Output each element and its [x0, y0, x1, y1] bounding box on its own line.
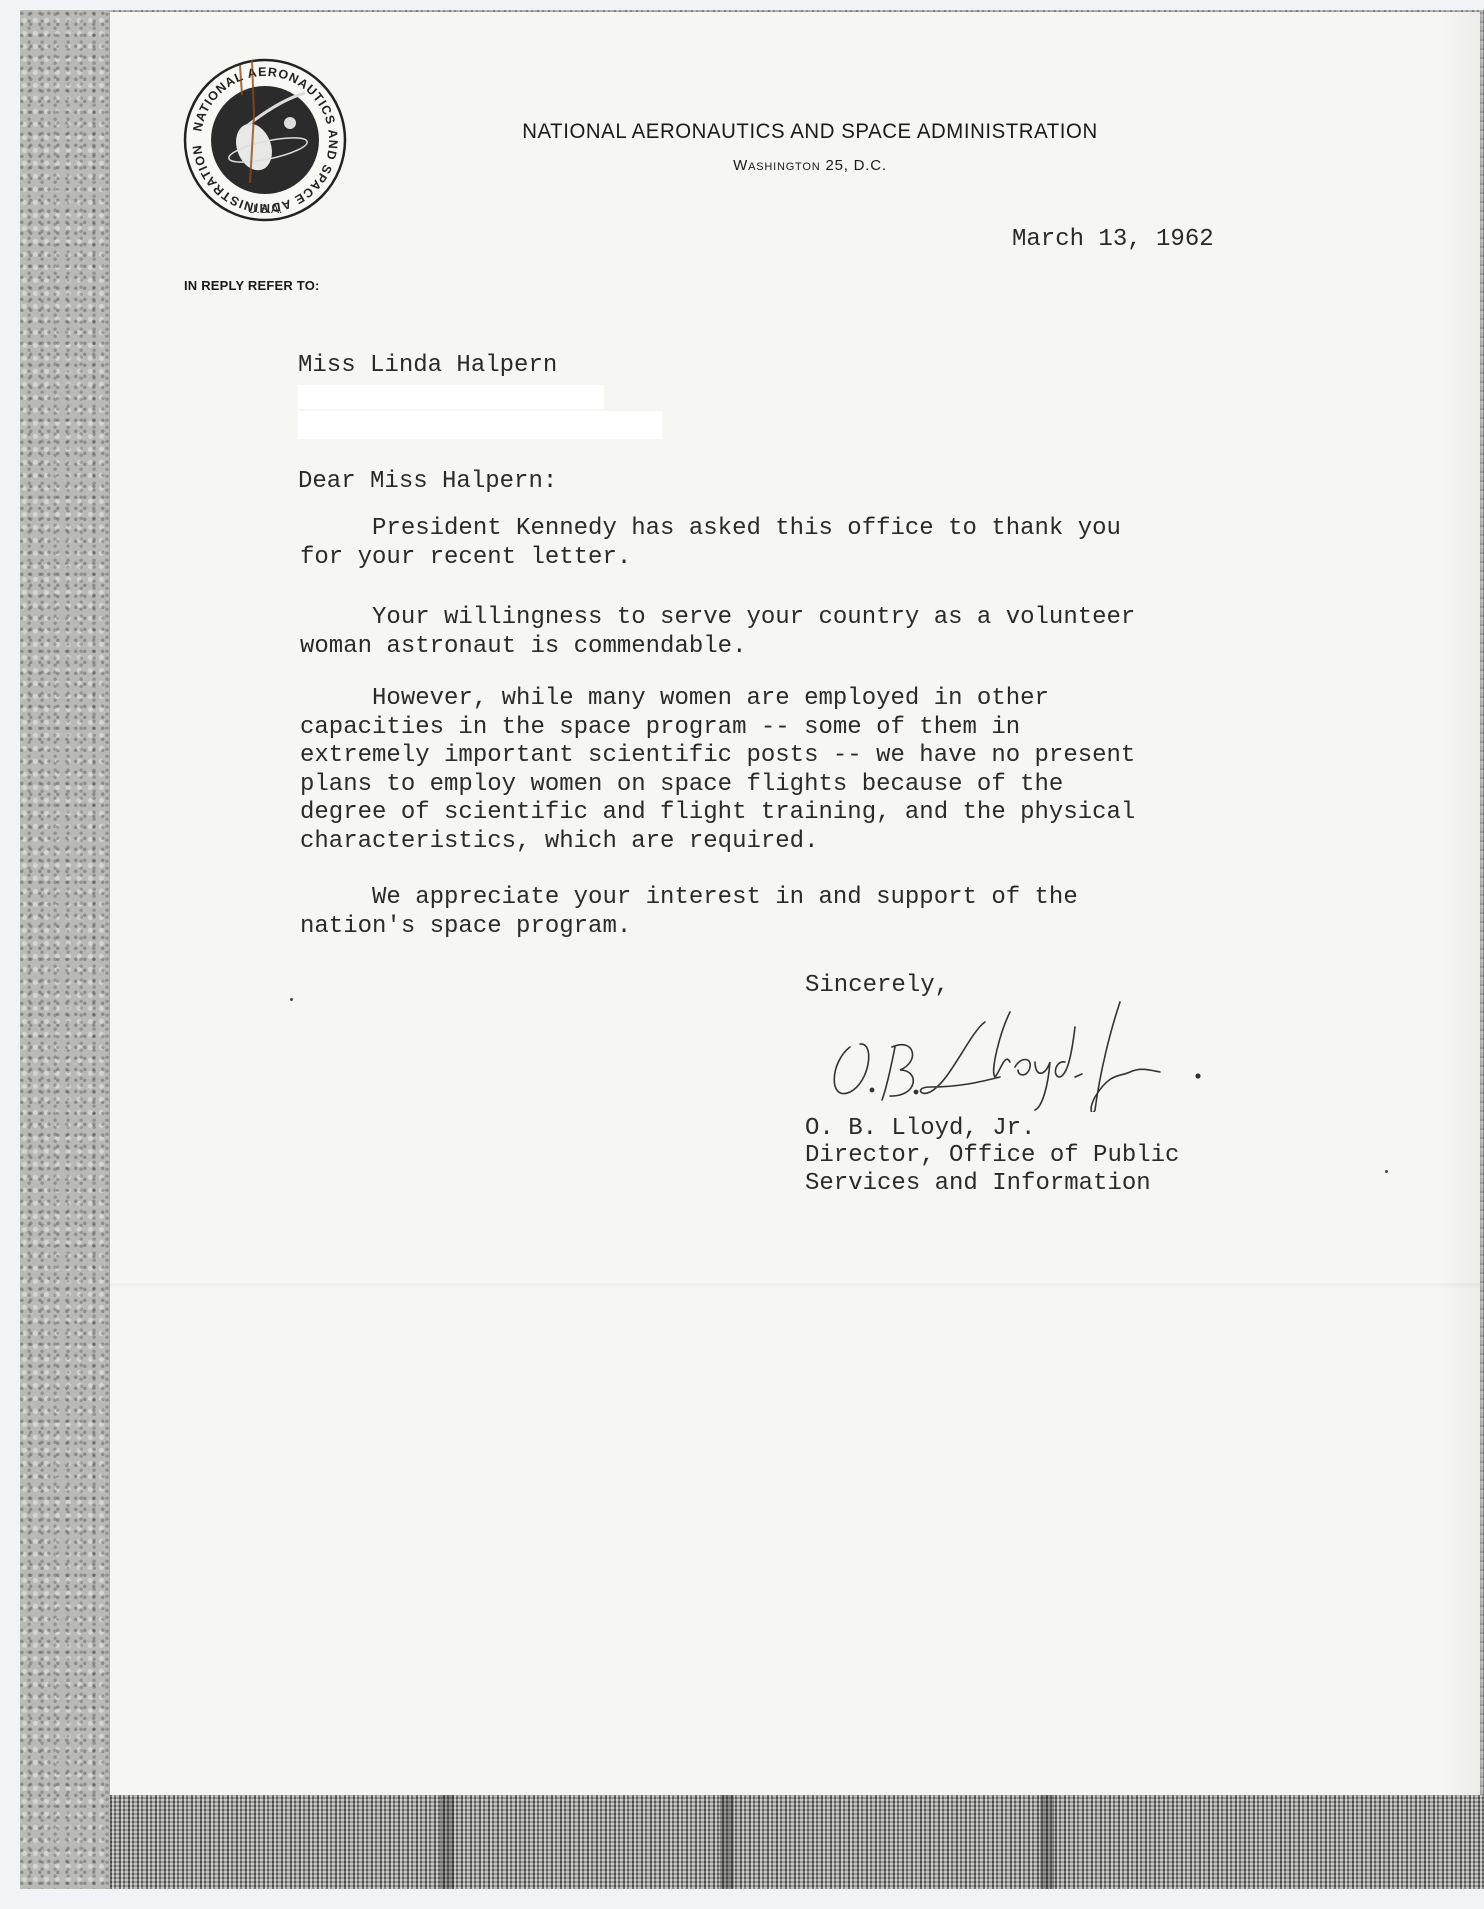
body-paragraph: President Kennedy has asked this office … — [300, 515, 1121, 572]
redacted-address-line — [298, 385, 604, 409]
bottom-band-streak — [440, 1795, 454, 1889]
signer-name: O. B. Lloyd, Jr. — [805, 1115, 1035, 1143]
body-paragraph: Your willingness to serve your country a… — [300, 604, 1135, 661]
recipient-name: Miss Linda Halpern — [298, 352, 557, 380]
organization-address: Washington 25, D.C. — [430, 157, 1190, 174]
signature-icon — [820, 992, 1290, 1112]
letter-date: March 13, 1962 — [1012, 226, 1214, 254]
bottom-border-band — [110, 1795, 1484, 1889]
handwritten-signature — [820, 992, 1290, 1112]
left-border-strip — [20, 10, 110, 1889]
organization-name: NATIONAL AERONAUTICS AND SPACE ADMINISTR… — [441, 120, 1178, 144]
svg-text:U.S.A.: U.S.A. — [248, 202, 283, 216]
nasa-seal-icon: NATIONAL AERONAUTICS AND SPACE ADMINISTR… — [180, 55, 350, 225]
seal-graphic: NATIONAL AERONAUTICS AND SPACE ADMINISTR… — [180, 55, 350, 225]
paper-speck — [290, 998, 293, 1001]
signer-title: Services and Information — [805, 1170, 1151, 1198]
paper-speck — [1385, 1170, 1388, 1173]
reply-refer-label: IN REPLY REFER TO: — [184, 278, 320, 293]
body-paragraph: However, while many women are employed i… — [300, 685, 1135, 856]
bottom-band-streak — [720, 1795, 734, 1889]
redacted-address-line — [298, 411, 662, 439]
salutation: Dear Miss Halpern: — [298, 468, 557, 496]
body-paragraph: We appreciate your interest in and suppo… — [300, 884, 1078, 941]
bottom-band-streak — [1040, 1795, 1054, 1889]
signer-title: Director, Office of Public — [805, 1142, 1179, 1170]
